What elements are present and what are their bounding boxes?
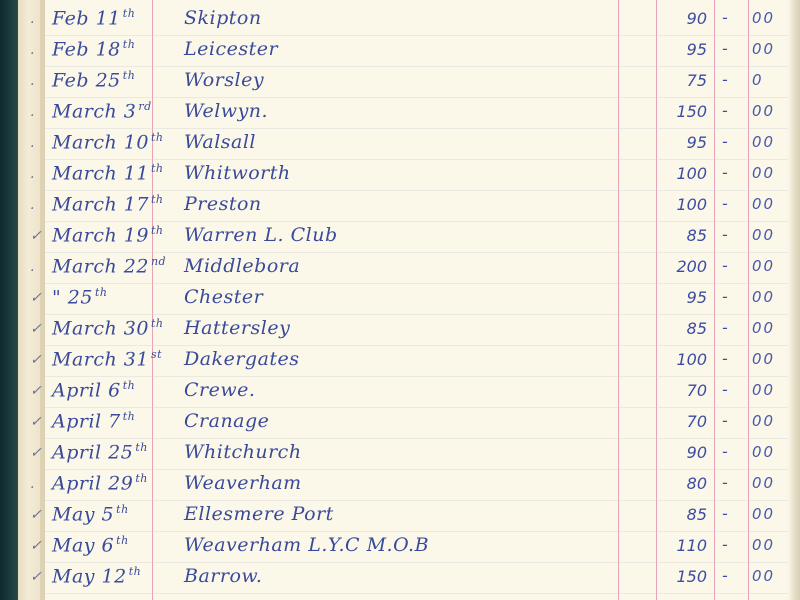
entry-venue: Welwyn. — [184, 100, 268, 122]
amount-separator: - — [722, 287, 728, 306]
entry-amount-pounds: 70 — [655, 381, 707, 400]
entry-amount-pounds: 70 — [655, 412, 707, 431]
ledger-entry: ✓April 25thWhitchurch90-00 — [0, 439, 800, 470]
entry-amount-pounds: 100 — [655, 164, 707, 183]
ruled-line — [44, 438, 788, 439]
entry-amount-pounds: 85 — [655, 226, 707, 245]
entry-venue: Hattersley — [184, 317, 290, 339]
ledger-entry: .March 10thWalsall95-00 — [0, 129, 800, 160]
ruled-line — [44, 531, 788, 532]
check-mark-icon: ✓ — [30, 352, 42, 368]
entry-venue: Chester — [184, 286, 263, 308]
amount-separator: - — [722, 101, 728, 120]
check-mark-icon: ✓ — [30, 321, 42, 337]
entry-amount-pounds: 150 — [655, 102, 707, 121]
ledger-entry: ✓March 31stDakergates100-00 — [0, 346, 800, 377]
entry-date: Feb 25th — [52, 69, 135, 91]
check-mark-icon: . — [30, 73, 34, 89]
entry-venue: Barrow. — [184, 565, 262, 587]
page-gutter-shadow — [788, 0, 800, 600]
entry-date: March 10th — [52, 131, 163, 153]
check-mark-icon: . — [30, 11, 34, 27]
entry-amount-pence: 00 — [752, 133, 775, 151]
entry-amount-pence: 00 — [752, 381, 775, 399]
ruled-line — [44, 593, 788, 594]
entry-date: March 17th — [52, 193, 163, 215]
entry-date: March 19th — [52, 224, 163, 246]
entry-venue: Crewe. — [184, 379, 255, 401]
entry-amount-pence: 00 — [752, 164, 775, 182]
ruled-line — [44, 97, 788, 98]
entry-venue: Weaverham L.Y.C M.O.B — [184, 534, 429, 556]
entry-date: March 22nd — [52, 255, 166, 277]
entry-amount-pounds: 95 — [655, 133, 707, 152]
entry-amount-pence: 00 — [752, 195, 775, 213]
ledger-entry: ✓May 5thEllesmere Port85-00 — [0, 501, 800, 532]
entry-amount-pounds: 150 — [655, 567, 707, 586]
amount-separator: - — [722, 39, 728, 58]
entry-amount-pounds: 100 — [655, 195, 707, 214]
ruled-line — [44, 283, 788, 284]
entry-venue: Walsall — [184, 131, 256, 153]
ledger-entry: .March 11thWhitworth100-00 — [0, 160, 800, 191]
check-mark-icon: . — [30, 135, 34, 151]
entry-amount-pence: 00 — [752, 505, 775, 523]
check-mark-icon: ✓ — [30, 507, 42, 523]
entry-amount-pounds: 110 — [655, 536, 707, 555]
ruled-line — [44, 66, 788, 67]
entry-venue: Ellesmere Port — [184, 503, 334, 525]
ruled-line — [44, 128, 788, 129]
ledger-entry: .April 29thWeaverham80-00 — [0, 470, 800, 501]
amount-separator: - — [722, 473, 728, 492]
ruled-line — [44, 252, 788, 253]
entry-amount-pence: 00 — [752, 412, 775, 430]
entry-date: March 30th — [52, 317, 163, 339]
amount-separator: - — [722, 132, 728, 151]
ruled-line — [44, 221, 788, 222]
amount-separator: - — [722, 349, 728, 368]
check-mark-icon: . — [30, 42, 34, 58]
entry-venue: Skipton — [184, 7, 262, 29]
amount-separator: - — [722, 504, 728, 523]
entry-date: April 6th — [52, 379, 135, 401]
entry-date: May 6th — [52, 534, 129, 556]
ruled-line — [44, 35, 788, 36]
entry-amount-pounds: 100 — [655, 350, 707, 369]
ruled-line — [44, 469, 788, 470]
entry-amount-pounds: 85 — [655, 319, 707, 338]
ledger-entry: .March 17thPreston100-00 — [0, 191, 800, 222]
entry-date: April 29th — [52, 472, 148, 494]
ledger-entry: .March 3rdWelwyn.150-00 — [0, 98, 800, 129]
entry-amount-pounds: 200 — [655, 257, 707, 276]
check-mark-icon: ✓ — [30, 538, 42, 554]
entry-amount-pence: 00 — [752, 536, 775, 554]
entry-venue: Dakergates — [184, 348, 300, 370]
amount-separator: - — [722, 163, 728, 182]
check-mark-icon: ✓ — [30, 569, 42, 585]
entry-venue: Middlebora — [184, 255, 300, 277]
ledger-entry: ✓May 6thWeaverham L.Y.C M.O.B110-00 — [0, 532, 800, 563]
entry-date: March 3rd — [52, 100, 152, 122]
check-mark-icon: ✓ — [30, 383, 42, 399]
entry-amount-pence: 00 — [752, 567, 775, 585]
entry-date: Feb 11th — [52, 7, 135, 29]
entry-amount-pence: 0 — [752, 71, 764, 89]
amount-separator: - — [722, 70, 728, 89]
entry-venue: Preston — [184, 193, 262, 215]
entry-venue: Worsley — [184, 69, 264, 91]
entry-amount-pence: 00 — [752, 226, 775, 244]
entry-amount-pence: 00 — [752, 474, 775, 492]
entry-venue: Cranage — [184, 410, 269, 432]
check-mark-icon: . — [30, 166, 34, 182]
entry-venue: Whitchurch — [184, 441, 302, 463]
amount-separator: - — [722, 566, 728, 585]
entry-amount-pence: 00 — [752, 350, 775, 368]
amount-separator: - — [722, 256, 728, 275]
ledger-entry: .Feb 11thSkipton90-00 — [0, 5, 800, 36]
ruled-line — [44, 376, 788, 377]
ruled-line — [44, 345, 788, 346]
entry-amount-pence: 00 — [752, 319, 775, 337]
entry-venue: Weaverham — [184, 472, 302, 494]
entry-date: Feb 18th — [52, 38, 135, 60]
entry-amount-pounds: 95 — [655, 40, 707, 59]
entry-amount-pounds: 95 — [655, 288, 707, 307]
entry-date: March 31st — [52, 348, 162, 370]
ledger-entry: ✓May 12thBarrow.150-00 — [0, 563, 800, 594]
entry-amount-pounds: 90 — [655, 9, 707, 28]
check-mark-icon: . — [30, 476, 34, 492]
entry-venue: Warren L. Club — [184, 224, 338, 246]
amount-separator: - — [722, 442, 728, 461]
check-mark-icon: ✓ — [30, 290, 42, 306]
ledger-page: .Feb 11thSkipton90-00.Feb 18thLeicester9… — [0, 0, 800, 600]
ledger-entry: ✓" 25thChester95-00 — [0, 284, 800, 315]
amount-separator: - — [722, 318, 728, 337]
ledger-entry: ✓March 19thWarren L. Club85-00 — [0, 222, 800, 253]
ledger-entry: .Feb 25thWorsley75-0 — [0, 67, 800, 98]
ruled-line — [44, 190, 788, 191]
check-mark-icon: . — [30, 197, 34, 213]
entry-amount-pence: 00 — [752, 288, 775, 306]
entry-amount-pounds: 80 — [655, 474, 707, 493]
entry-date: April 25th — [52, 441, 148, 463]
entry-amount-pence: 00 — [752, 102, 775, 120]
amount-separator: - — [722, 411, 728, 430]
amount-separator: - — [722, 225, 728, 244]
entry-venue: Whitworth — [184, 162, 291, 184]
ledger-entry: .March 22ndMiddlebora200-00 — [0, 253, 800, 284]
entry-date: May 5th — [52, 503, 129, 525]
entry-amount-pounds: 90 — [655, 443, 707, 462]
amount-separator: - — [722, 380, 728, 399]
ruled-line — [44, 314, 788, 315]
amount-separator: - — [722, 8, 728, 27]
ruled-line — [44, 159, 788, 160]
ruled-line — [44, 407, 788, 408]
ruled-line — [44, 562, 788, 563]
entry-amount-pounds: 85 — [655, 505, 707, 524]
amount-separator: - — [722, 194, 728, 213]
check-mark-icon: . — [30, 259, 34, 275]
entry-amount-pence: 00 — [752, 9, 775, 27]
ledger-entry: ✓April 6thCrewe.70-00 — [0, 377, 800, 408]
entry-amount-pounds: 75 — [655, 71, 707, 90]
entry-amount-pence: 00 — [752, 40, 775, 58]
check-mark-icon: . — [30, 104, 34, 120]
entry-date: April 7th — [52, 410, 135, 432]
amount-separator: - — [722, 535, 728, 554]
check-mark-icon: ✓ — [30, 445, 42, 461]
check-mark-icon: ✓ — [30, 414, 42, 430]
ledger-entry: .Feb 18thLeicester95-00 — [0, 36, 800, 67]
entry-date: March 11th — [52, 162, 163, 184]
entry-amount-pence: 00 — [752, 443, 775, 461]
entry-amount-pence: 00 — [752, 257, 775, 275]
ledger-entry: ✓April 7thCranage70-00 — [0, 408, 800, 439]
entry-date: May 12th — [52, 565, 141, 587]
entry-venue: Leicester — [184, 38, 278, 60]
ledger-entry: ✓March 30thHattersley85-00 — [0, 315, 800, 346]
check-mark-icon: ✓ — [30, 228, 42, 244]
ruled-line — [44, 500, 788, 501]
entry-date: " 25th — [52, 286, 107, 308]
